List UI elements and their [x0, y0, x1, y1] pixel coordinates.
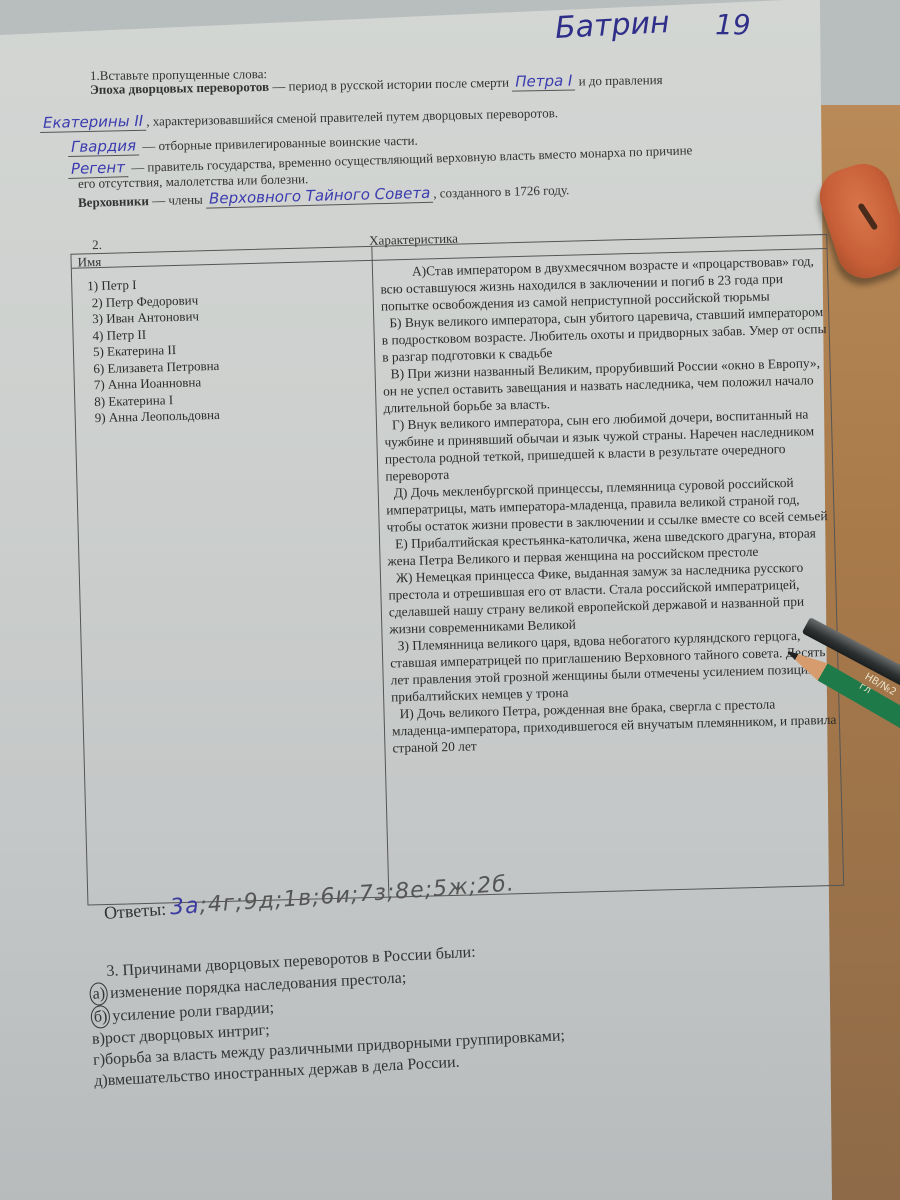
description-item: Ж) Немецкая принцесса Фике, выданная зам… [388, 558, 835, 638]
term: Эпоха дворцовых переворотов [90, 79, 269, 97]
matching-table: 2. Имя Характеристика 1) Петр I2) Петр Ф… [60, 218, 847, 906]
answer-field[interactable]: Екатерины II [40, 112, 147, 133]
description-item: Г) Внук великого императора, сын его люб… [384, 405, 831, 485]
name-item: 9) Анна Леопольдовна [91, 407, 221, 427]
answers-label: Ответы: [103, 899, 166, 923]
name-item: 7) Анна Иоанновна [90, 374, 220, 394]
option-letter: г) [93, 1049, 106, 1071]
description-item: З) Племянница великого царя, вдова небог… [390, 626, 837, 706]
col-header-name: Имя [77, 254, 101, 271]
descriptions-list: А)Став императором в двухмесячном возрас… [380, 252, 838, 756]
text: — члены [149, 192, 207, 208]
answer-field[interactable]: Петра I [512, 72, 575, 92]
text: — период в русской истории после смерти [269, 75, 512, 94]
option-letter: а) [89, 982, 109, 1006]
text: , созданного в 1726 году. [433, 182, 569, 201]
task3: 3. Причинами дворцовых переворотов в Рос… [88, 937, 566, 1092]
option-letter: в) [92, 1028, 106, 1050]
option-letter: б) [90, 1005, 111, 1029]
text: , характеризовавшийся сменой правителей … [146, 105, 558, 129]
grade-mark: 19 [715, 8, 751, 41]
worksheet: Батрин 19 1.Вставьте пропущенные слова: … [0, 0, 900, 1200]
option-letter: д) [94, 1070, 109, 1092]
name-item: 3) Иван Антонович [88, 308, 218, 328]
task1-line2: Екатерины II, характеризовавшийся сменой… [40, 103, 558, 132]
description-item: И) Дочь великого Петра, рожденная вне бр… [391, 694, 837, 757]
text: и до правления [575, 72, 662, 89]
term: Верховники [78, 193, 149, 210]
answer-first: 3а [169, 893, 200, 920]
col-header-description: Характеристика [369, 231, 458, 249]
task2-number: 2. [92, 237, 102, 253]
answer-field[interactable]: Гвардия [68, 137, 139, 157]
table-border: Имя Характеристика 1) Петр I2) Петр Федо… [70, 234, 844, 906]
student-name: Батрин [554, 5, 670, 46]
names-list: 1) Петр I2) Петр Федорович3) Иван Антоно… [87, 275, 221, 427]
